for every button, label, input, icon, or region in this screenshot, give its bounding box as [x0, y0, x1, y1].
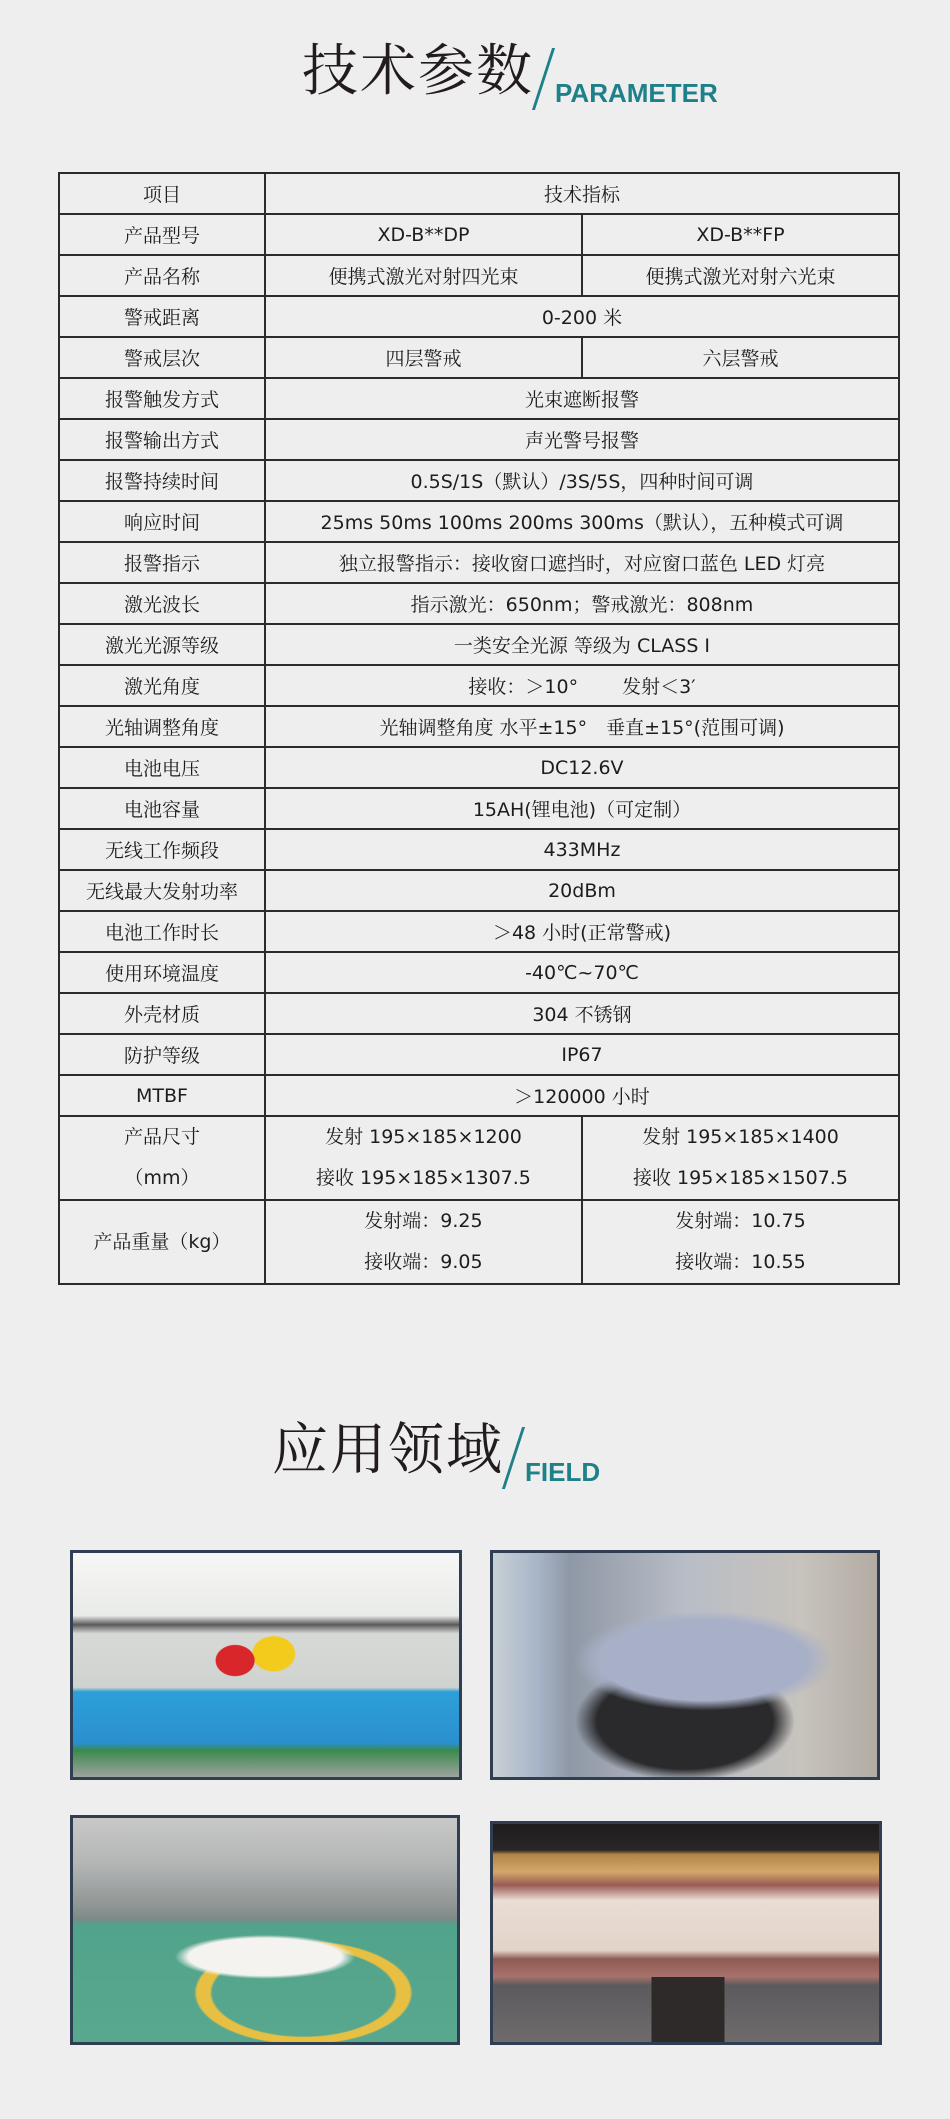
row-label: 产品名称: [59, 255, 265, 296]
weight-fp-emit: 发射端：10.75: [587, 1201, 894, 1242]
row-label: 电池容量: [59, 788, 265, 829]
row-label: 光轴调整角度: [59, 706, 265, 747]
row-label: 激光波长: [59, 583, 265, 624]
size-label: 产品尺寸 （mm）: [59, 1116, 265, 1200]
weight-fp-recv: 接收端：10.55: [587, 1242, 894, 1283]
row-value: ＞48 小时(正常警戒): [265, 911, 899, 952]
row-value: 光轴调整角度 水平±15° 垂直±15°(范围可调): [265, 706, 899, 747]
photo-pump-room: [70, 1550, 462, 1780]
row-value: 接收：＞10° 发射＜3′: [265, 665, 899, 706]
size-label-line2: （mm）: [64, 1158, 260, 1199]
row-value: 一类安全光源 等级为 CLASS Ⅰ: [265, 624, 899, 665]
size-fp: 发射 195×185×1400 接收 195×185×1507.5: [582, 1116, 899, 1200]
table-row: 警戒距离0-200 米: [59, 296, 899, 337]
row-value: 0-200 米: [265, 296, 899, 337]
weight-label: 产品重量（kg）: [59, 1200, 265, 1284]
weight-fp: 发射端：10.75 接收端：10.55: [582, 1200, 899, 1284]
row-label: 无线最大发射功率: [59, 870, 265, 911]
row-label: 报警触发方式: [59, 378, 265, 419]
row-label: 无线工作频段: [59, 829, 265, 870]
weight-dp-emit: 发射端：9.25: [270, 1201, 577, 1242]
table-row: 产品型号XD-B**DPXD-B**FP: [59, 214, 899, 255]
field-section-title: 应用领域 FIELD: [272, 1417, 600, 1479]
table-row: 电池容量15AH(锂电池)（可定制）: [59, 788, 899, 829]
row-value: 独立报警指示：接收窗口遮挡时，对应窗口蓝色 LED 灯亮: [265, 542, 899, 583]
row-label: 响应时间: [59, 501, 265, 542]
row-label: 激光角度: [59, 665, 265, 706]
table-row: 警戒层次四层警戒六层警戒: [59, 337, 899, 378]
row-label: 产品型号: [59, 214, 265, 255]
row-value: 20dBm: [265, 870, 899, 911]
row-label: 报警指示: [59, 542, 265, 583]
spec-table: 项目 技术指标 产品型号XD-B**DPXD-B**FP产品名称便携式激光对射四…: [58, 172, 900, 1285]
field-title-cn: 应用领域: [272, 1423, 504, 1479]
row-label: 电池电压: [59, 747, 265, 788]
size-label-line1: 产品尺寸: [64, 1117, 260, 1158]
row-label: 防护等级: [59, 1034, 265, 1075]
row-label: 报警持续时间: [59, 460, 265, 501]
parameter-section-title: 技术参数 PARAMETER: [302, 38, 718, 100]
table-row: 报警触发方式光束遮断报警: [59, 378, 899, 419]
row-label: 报警输出方式: [59, 419, 265, 460]
row-value: 指示激光：650nm；警戒激光：808nm: [265, 583, 899, 624]
photo-image: [73, 1553, 459, 1777]
row-value: 0.5S/1S（默认）/3S/5S，四种时间可调: [265, 460, 899, 501]
table-row-weight: 产品重量（kg） 发射端：9.25 接收端：9.05 发射端：10.75 接收端…: [59, 1200, 899, 1284]
weight-dp: 发射端：9.25 接收端：9.05: [265, 1200, 582, 1284]
table-row: 报警持续时间0.5S/1S（默认）/3S/5S，四种时间可调: [59, 460, 899, 501]
row-label: 警戒层次: [59, 337, 265, 378]
table-header-row: 项目 技术指标: [59, 173, 899, 214]
table-row: 激光波长指示激光：650nm；警戒激光：808nm: [59, 583, 899, 624]
row-label: 警戒距离: [59, 296, 265, 337]
row-value: 25ms 50ms 100ms 200ms 300ms（默认），五种模式可调: [265, 501, 899, 542]
row-value: 声光警号报警: [265, 419, 899, 460]
size-dp: 发射 195×185×1200 接收 195×185×1307.5: [265, 1116, 582, 1200]
parameter-title-cn: 技术参数: [302, 44, 534, 100]
table-row: 报警输出方式声光警号报警: [59, 419, 899, 460]
table-row: 产品名称便携式激光对射四光束便携式激光对射六光束: [59, 255, 899, 296]
field-title-en: FIELD: [525, 1459, 600, 1485]
title-slash-divider: [502, 1427, 525, 1489]
row-value: 433MHz: [265, 829, 899, 870]
row-label: MTBF: [59, 1075, 265, 1116]
table-row: 无线工作频段433MHz: [59, 829, 899, 870]
table-row: MTBF＞120000 小时: [59, 1075, 899, 1116]
table-row: 光轴调整角度光轴调整角度 水平±15° 垂直±15°(范围可调): [59, 706, 899, 747]
table-row: 使用环境温度-40℃~70℃: [59, 952, 899, 993]
row-value-dp: 便携式激光对射四光束: [265, 255, 582, 296]
table-row-size: 产品尺寸 （mm） 发射 195×185×1200 接收 195×185×130…: [59, 1116, 899, 1200]
header-spec: 技术指标: [265, 173, 899, 214]
photo-helipad: [70, 1815, 460, 2045]
row-value-fp: 便携式激光对射六光束: [582, 255, 899, 296]
size-dp-recv: 接收 195×185×1307.5: [270, 1158, 577, 1199]
parameter-title-en: PARAMETER: [555, 80, 718, 106]
table-row: 激光角度接收：＞10° 发射＜3′: [59, 665, 899, 706]
row-label: 电池工作时长: [59, 911, 265, 952]
photo-image: [73, 1818, 457, 2042]
table-row: 电池工作时长＞48 小时(正常警戒): [59, 911, 899, 952]
row-value: ＞120000 小时: [265, 1075, 899, 1116]
row-value: 304 不锈钢: [265, 993, 899, 1034]
row-value: IP67: [265, 1034, 899, 1075]
row-value-dp: 四层警戒: [265, 337, 582, 378]
row-label: 激光光源等级: [59, 624, 265, 665]
table-row: 外壳材质304 不锈钢: [59, 993, 899, 1034]
row-value: 光束遮断报警: [265, 378, 899, 419]
size-fp-emit: 发射 195×185×1400: [587, 1117, 894, 1158]
row-label: 外壳材质: [59, 993, 265, 1034]
photo-museum: [490, 1821, 882, 2045]
row-value-dp: XD-B**DP: [265, 214, 582, 255]
table-row: 无线最大发射功率20dBm: [59, 870, 899, 911]
title-slash-divider: [532, 48, 555, 110]
weight-dp-recv: 接收端：9.05: [270, 1242, 577, 1283]
photo-image: [493, 1553, 877, 1777]
table-row: 报警指示独立报警指示：接收窗口遮挡时，对应窗口蓝色 LED 灯亮: [59, 542, 899, 583]
row-label: 使用环境温度: [59, 952, 265, 993]
photo-image: [493, 1824, 879, 2042]
row-value: -40℃~70℃: [265, 952, 899, 993]
row-value-fp: XD-B**FP: [582, 214, 899, 255]
row-value-fp: 六层警戒: [582, 337, 899, 378]
size-dp-emit: 发射 195×185×1200: [270, 1117, 577, 1158]
table-row: 响应时间25ms 50ms 100ms 200ms 300ms（默认），五种模式…: [59, 501, 899, 542]
header-item: 项目: [59, 173, 265, 214]
table-row: 防护等级IP67: [59, 1034, 899, 1075]
table-row: 电池电压DC12.6V: [59, 747, 899, 788]
row-value: DC12.6V: [265, 747, 899, 788]
table-row: 激光光源等级一类安全光源 等级为 CLASS Ⅰ: [59, 624, 899, 665]
size-fp-recv: 接收 195×185×1507.5: [587, 1158, 894, 1199]
photo-damaged-car: [490, 1550, 880, 1780]
row-value: 15AH(锂电池)（可定制）: [265, 788, 899, 829]
